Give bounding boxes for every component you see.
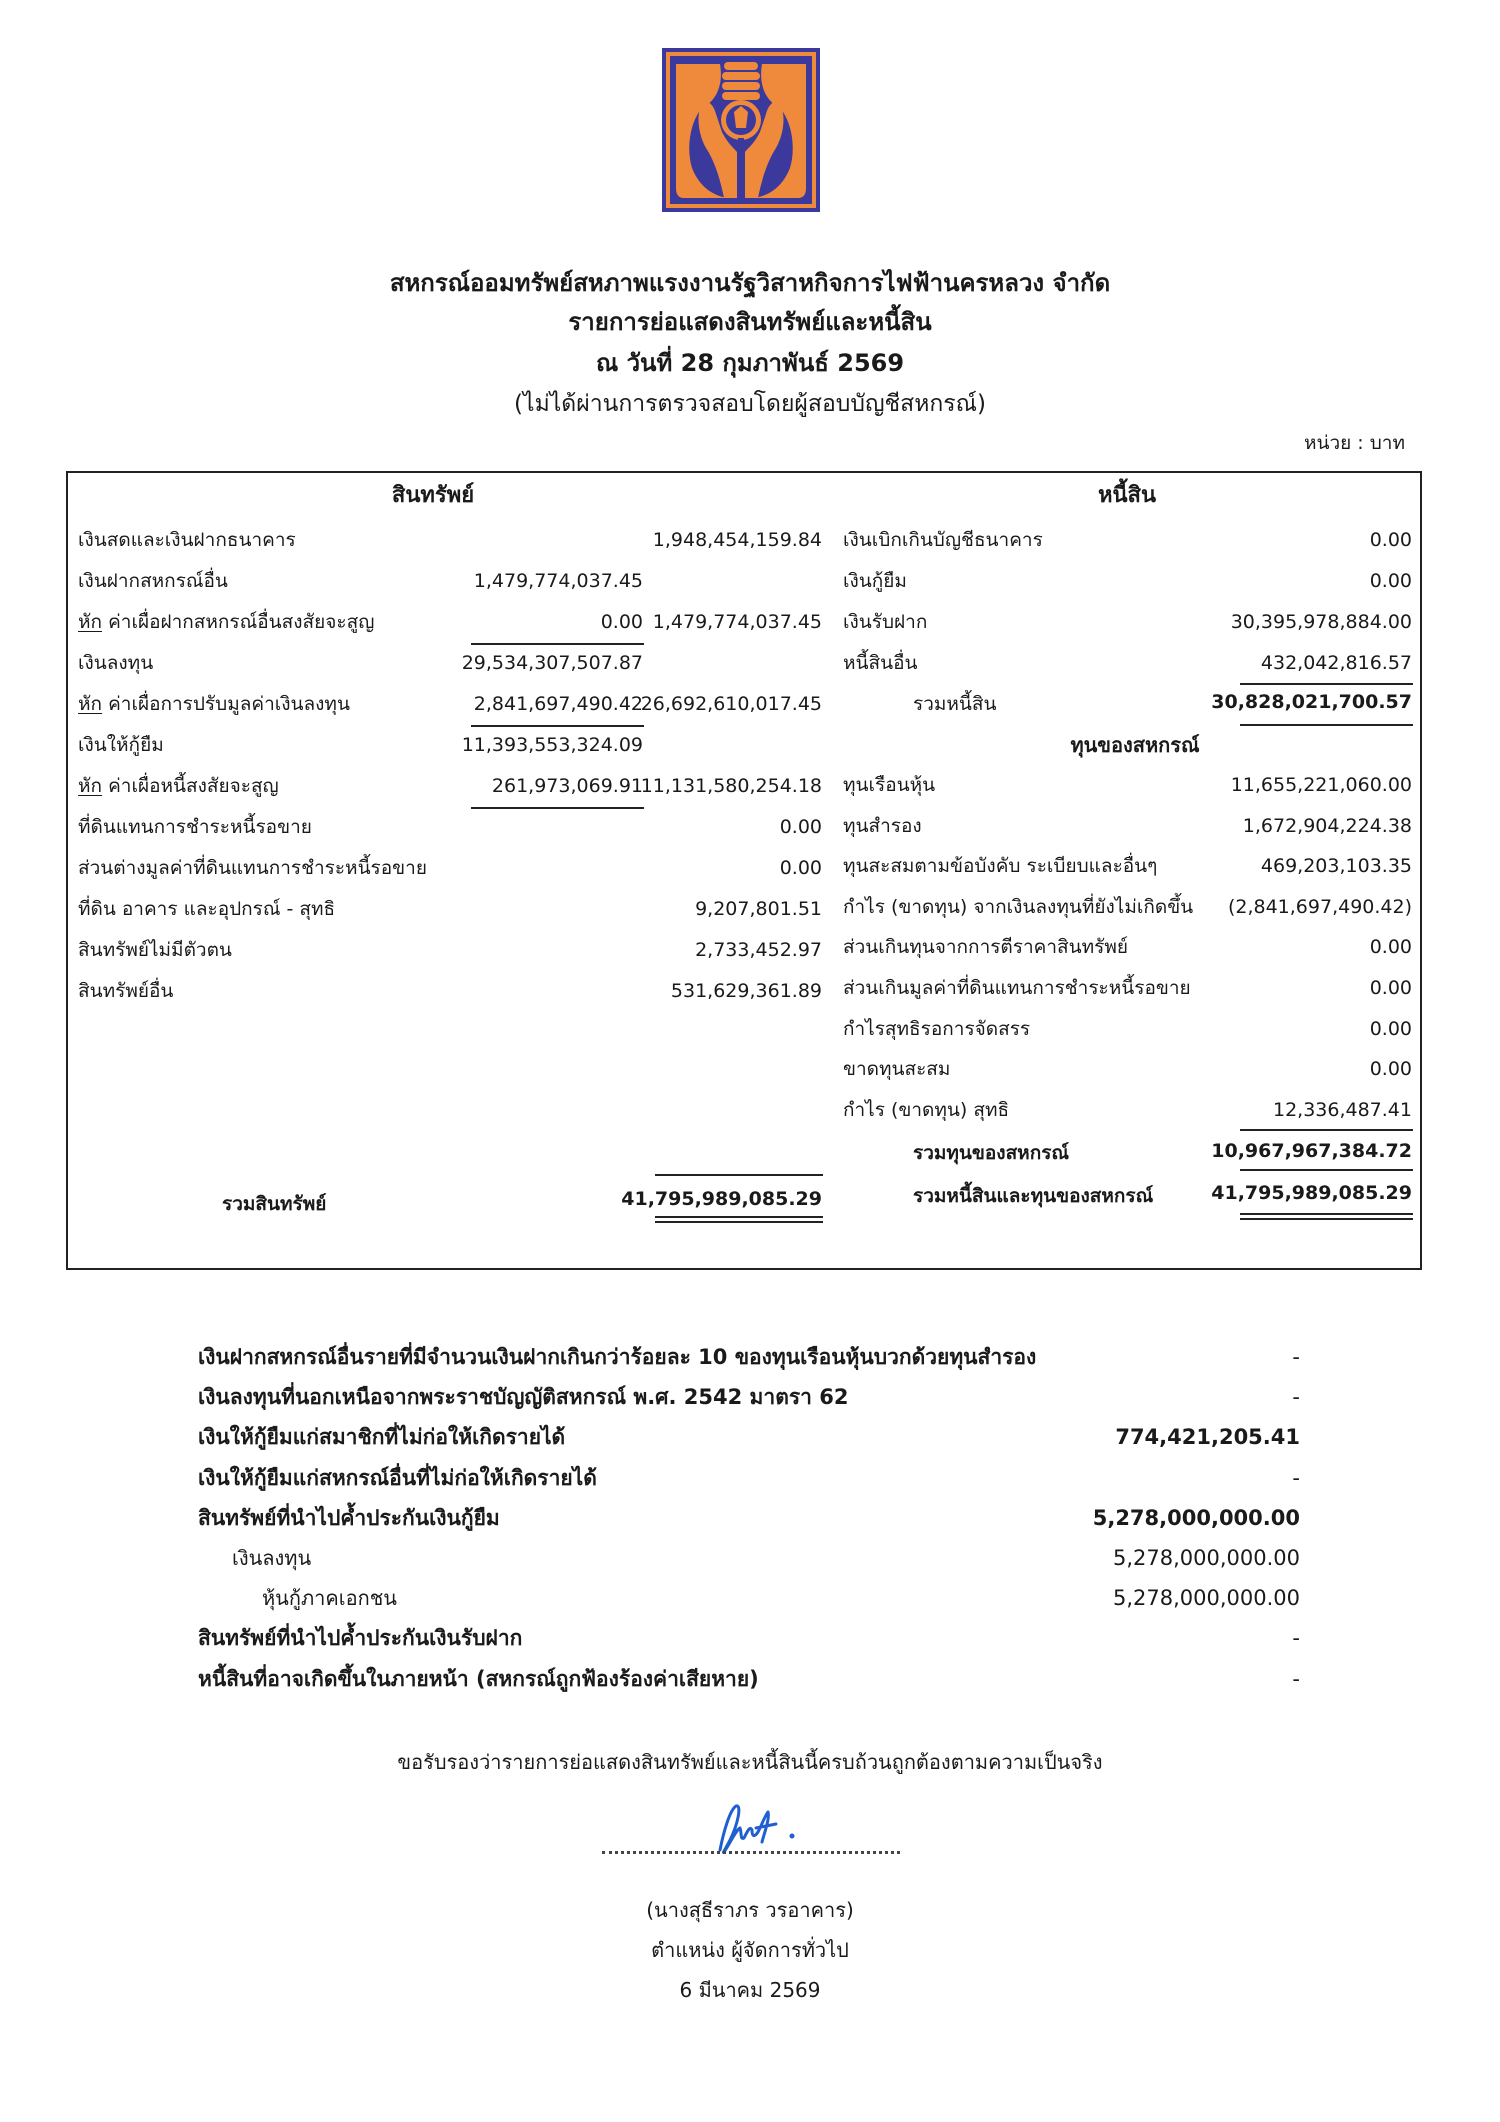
total-assets-amount: 41,795,989,085.29 — [600, 1186, 822, 1212]
row-amount: 531,629,361.89 — [620, 978, 822, 1004]
row-amount: 0.00 — [1150, 568, 1412, 594]
signature-date: 6 มีนาคม 2569 — [680, 1976, 821, 2004]
total-equity-label: รวมทุนของสหกรณ์ — [913, 1140, 1069, 1166]
report-title: รายการย่อแสดงสินทรัพย์และหนี้สิน — [568, 307, 931, 337]
note-label: หุ้นกู้ภาคเอกชน — [262, 1584, 397, 1612]
deduct-prefix: หัก — [78, 693, 102, 715]
total-liabilities-label: รวมหนี้สิน — [913, 691, 997, 717]
row-amount: 30,395,978,884.00 — [1150, 609, 1412, 635]
deduct-prefix: หัก — [78, 775, 102, 797]
table-row: สินทรัพย์ไม่มีตัวตน — [78, 937, 232, 963]
note-label: สินทรัพย์ที่นำไปค้ำประกันเงินกู้ยืม — [198, 1504, 500, 1532]
subtotal-underline — [471, 725, 644, 727]
row-amount: 11,655,221,060.00 — [1150, 772, 1412, 798]
report-date: ณ วันที่ 28 กุมภาพันธ์ 2569 — [596, 348, 904, 378]
row-amount: 0.00 — [1150, 527, 1412, 553]
row-sub-amount: 1,479,774,037.45 — [440, 568, 643, 594]
table-row: ที่ดินแทนการชำระหนี้รอขาย — [78, 814, 312, 840]
note-value: 5,278,000,000.00 — [1000, 1544, 1300, 1572]
subtotal-underline — [1240, 1129, 1413, 1131]
table-row: หัก ค่าเผื่อหนี้สงสัยจะสูญ — [78, 773, 279, 799]
table-row: หัก ค่าเผื่อการปรับมูลค่าเงินลงทุน — [78, 691, 350, 717]
row-sub-amount: 2,841,697,490.42 — [440, 691, 643, 717]
note-value: - — [1000, 1665, 1300, 1693]
row-amount: 0.00 — [620, 814, 822, 840]
row-amount: 12,336,487.41 — [1150, 1097, 1412, 1123]
row-amount: 1,948,454,159.84 — [620, 527, 822, 553]
table-row-label: ทุนสำรอง — [843, 813, 922, 839]
note-value: 5,278,000,000.00 — [1000, 1504, 1300, 1532]
total-underline — [655, 1174, 823, 1176]
equity-heading: ทุนของสหกรณ์ — [1070, 732, 1199, 758]
row-sub-amount: 11,393,553,324.09 — [440, 732, 643, 758]
table-row: เงินลงทุน — [78, 650, 153, 676]
row-amount: 0.00 — [1150, 934, 1412, 960]
table-row-label: กำไร (ขาดทุน) สุทธิ — [843, 1097, 1009, 1123]
row-sub-amount: 261,973,069.91 — [440, 773, 643, 799]
unit-label: หน่วย : บาท — [1205, 430, 1405, 456]
row-amount: 0.00 — [620, 855, 822, 881]
table-row: สินทรัพย์อื่น — [78, 978, 173, 1004]
note-label: เงินลงทุนที่นอกเหนือจากพระราชบัญญัติสหกร… — [198, 1383, 848, 1411]
row-label: ที่ดิน อาคาร และอุปกรณ์ - สุทธิ — [78, 898, 335, 920]
row-amount: 432,042,816.57 — [1150, 650, 1412, 676]
note-label: หนี้สินที่อาจเกิดขึ้นในภายหน้า (สหกรณ์ถู… — [198, 1665, 759, 1693]
note-label: เงินให้กู้ยืมแก่สหกรณ์อื่นที่ไม่ก่อให้เก… — [198, 1464, 597, 1492]
note-value: 5,278,000,000.00 — [1000, 1584, 1300, 1612]
grand-total-label: รวมหนี้สินและทุนของสหกรณ์ — [913, 1183, 1153, 1209]
row-amount: 469,203,103.35 — [1150, 853, 1412, 879]
row-amount: 2,733,452.97 — [620, 937, 822, 963]
cooperative-logo-icon — [662, 48, 820, 212]
certification-statement: ขอรับรองว่ารายการย่อแสดงสินทรัพย์และหนี้… — [397, 1748, 1102, 1776]
table-row: ส่วนต่างมูลค่าที่ดินแทนการชำระหนี้รอขาย — [78, 855, 427, 881]
deduct-prefix: หัก — [78, 611, 102, 633]
table-row-label: ทุนสะสมตามข้อบังคับ ระเบียบและอื่นๆ — [843, 853, 1157, 879]
table-row-label: กำไรสุทธิรอการจัดสรร — [843, 1016, 1030, 1042]
row-amount: 1,479,774,037.45 — [620, 609, 822, 635]
subtotal-underline — [471, 807, 644, 809]
note-value: - — [1000, 1464, 1300, 1492]
total-underline — [1240, 724, 1413, 726]
row-amount: 0.00 — [1150, 1016, 1412, 1042]
row-label: เงินลงทุน — [78, 652, 153, 674]
table-row: เงินฝากสหกรณ์อื่น — [78, 568, 228, 594]
table-row: เงินสดและเงินฝากธนาคาร — [78, 527, 296, 553]
table-row-label: ทุนเรือนหุ้น — [843, 772, 935, 798]
table-row: หัก ค่าเผื่อฝากสหกรณ์อื่นสงสัยจะสูญ — [78, 609, 374, 635]
organization-name: สหกรณ์ออมทรัพย์สหภาพแรงงานรัฐวิสาหกิจการ… — [390, 268, 1110, 298]
row-amount: 9,207,801.51 — [620, 896, 822, 922]
note-label: เงินให้กู้ยืมแก่สมาชิกที่ไม่ก่อให้เกิดรา… — [198, 1423, 565, 1451]
table-row-label: เงินรับฝาก — [843, 609, 927, 635]
table-row-label: เงินเบิกเกินบัญชีธนาคาร — [843, 527, 1043, 553]
assets-heading: สินทรัพย์ — [392, 482, 474, 510]
note-label: สินทรัพย์ที่นำไปค้ำประกันเงินรับฝาก — [198, 1624, 522, 1652]
note-label: เงินลงทุน — [232, 1544, 311, 1572]
subtotal-underline — [471, 643, 644, 645]
row-amount: 26,692,610,017.45 — [620, 691, 822, 717]
grand-total-amount: 41,795,989,085.29 — [1150, 1180, 1412, 1206]
row-label: เงินสดและเงินฝากธนาคาร — [78, 529, 296, 551]
table-row-label: กำไร (ขาดทุน) จากเงินลงทุนที่ยังไม่เกิดข… — [843, 894, 1193, 920]
note-value: - — [1000, 1383, 1300, 1411]
table-row-label: ขาดทุนสะสม — [843, 1056, 950, 1082]
row-label: เงินฝากสหกรณ์อื่น — [78, 570, 228, 592]
table-row-label: หนี้สินอื่น — [843, 650, 918, 676]
double-underline — [1240, 1213, 1413, 1220]
row-label: สินทรัพย์ไม่มีตัวตน — [78, 939, 232, 961]
signatory-name: (นางสุธีราภร วรอาคาร) — [646, 1896, 854, 1924]
row-label: ค่าเผื่อฝากสหกรณ์อื่นสงสัยจะสูญ — [108, 611, 374, 633]
row-label: ค่าเผื่อหนี้สงสัยจะสูญ — [108, 775, 279, 797]
row-sub-amount: 29,534,307,507.87 — [440, 650, 643, 676]
total-liabilities-amount: 30,828,021,700.57 — [1150, 689, 1412, 715]
row-label: ที่ดินแทนการชำระหนี้รอขาย — [78, 816, 312, 838]
table-row-label: ส่วนเกินมูลค่าที่ดินแทนการชำระหนี้รอขาย — [843, 975, 1191, 1001]
row-amount: (2,841,697,490.42) — [1150, 894, 1412, 920]
signature-line — [602, 1851, 900, 1854]
total-equity-amount: 10,967,967,384.72 — [1150, 1138, 1412, 1164]
row-amount: 0.00 — [1150, 975, 1412, 1001]
total-underline — [1240, 1169, 1413, 1171]
liabilities-heading: หนี้สิน — [1098, 482, 1156, 510]
total-assets-label: รวมสินทรัพย์ — [222, 1191, 326, 1217]
subtotal-underline — [1240, 683, 1413, 685]
row-amount: 11,131,580,254.18 — [620, 773, 822, 799]
row-label: ค่าเผื่อการปรับมูลค่าเงินลงทุน — [108, 693, 350, 715]
audit-note: (ไม่ได้ผ่านการตรวจสอบโดยผู้สอบบัญชีสหกรณ… — [514, 389, 986, 419]
table-row: เงินให้กู้ยืม — [78, 732, 164, 758]
signatory-position: ตำแหน่ง ผู้จัดการทั่วไป — [651, 1936, 849, 1964]
note-label: เงินฝากสหกรณ์อื่นรายที่มีจำนวนเงินฝากเกิ… — [198, 1343, 1036, 1371]
table-row-label: เงินกู้ยืม — [843, 568, 907, 594]
note-value: - — [1000, 1624, 1300, 1652]
row-label: เงินให้กู้ยืม — [78, 734, 164, 756]
row-sub-amount: 0.00 — [440, 609, 643, 635]
row-label: ส่วนต่างมูลค่าที่ดินแทนการชำระหนี้รอขาย — [78, 857, 427, 879]
row-amount: 0.00 — [1150, 1056, 1412, 1082]
note-value: 774,421,205.41 — [1000, 1423, 1300, 1451]
double-underline — [655, 1216, 823, 1223]
table-row-label: ส่วนเกินทุนจากการตีราคาสินทรัพย์ — [843, 934, 1128, 960]
row-label: สินทรัพย์อื่น — [78, 980, 173, 1002]
row-amount: 1,672,904,224.38 — [1150, 813, 1412, 839]
note-value: - — [1000, 1343, 1300, 1371]
table-row: ที่ดิน อาคาร และอุปกรณ์ - สุทธิ — [78, 896, 335, 922]
